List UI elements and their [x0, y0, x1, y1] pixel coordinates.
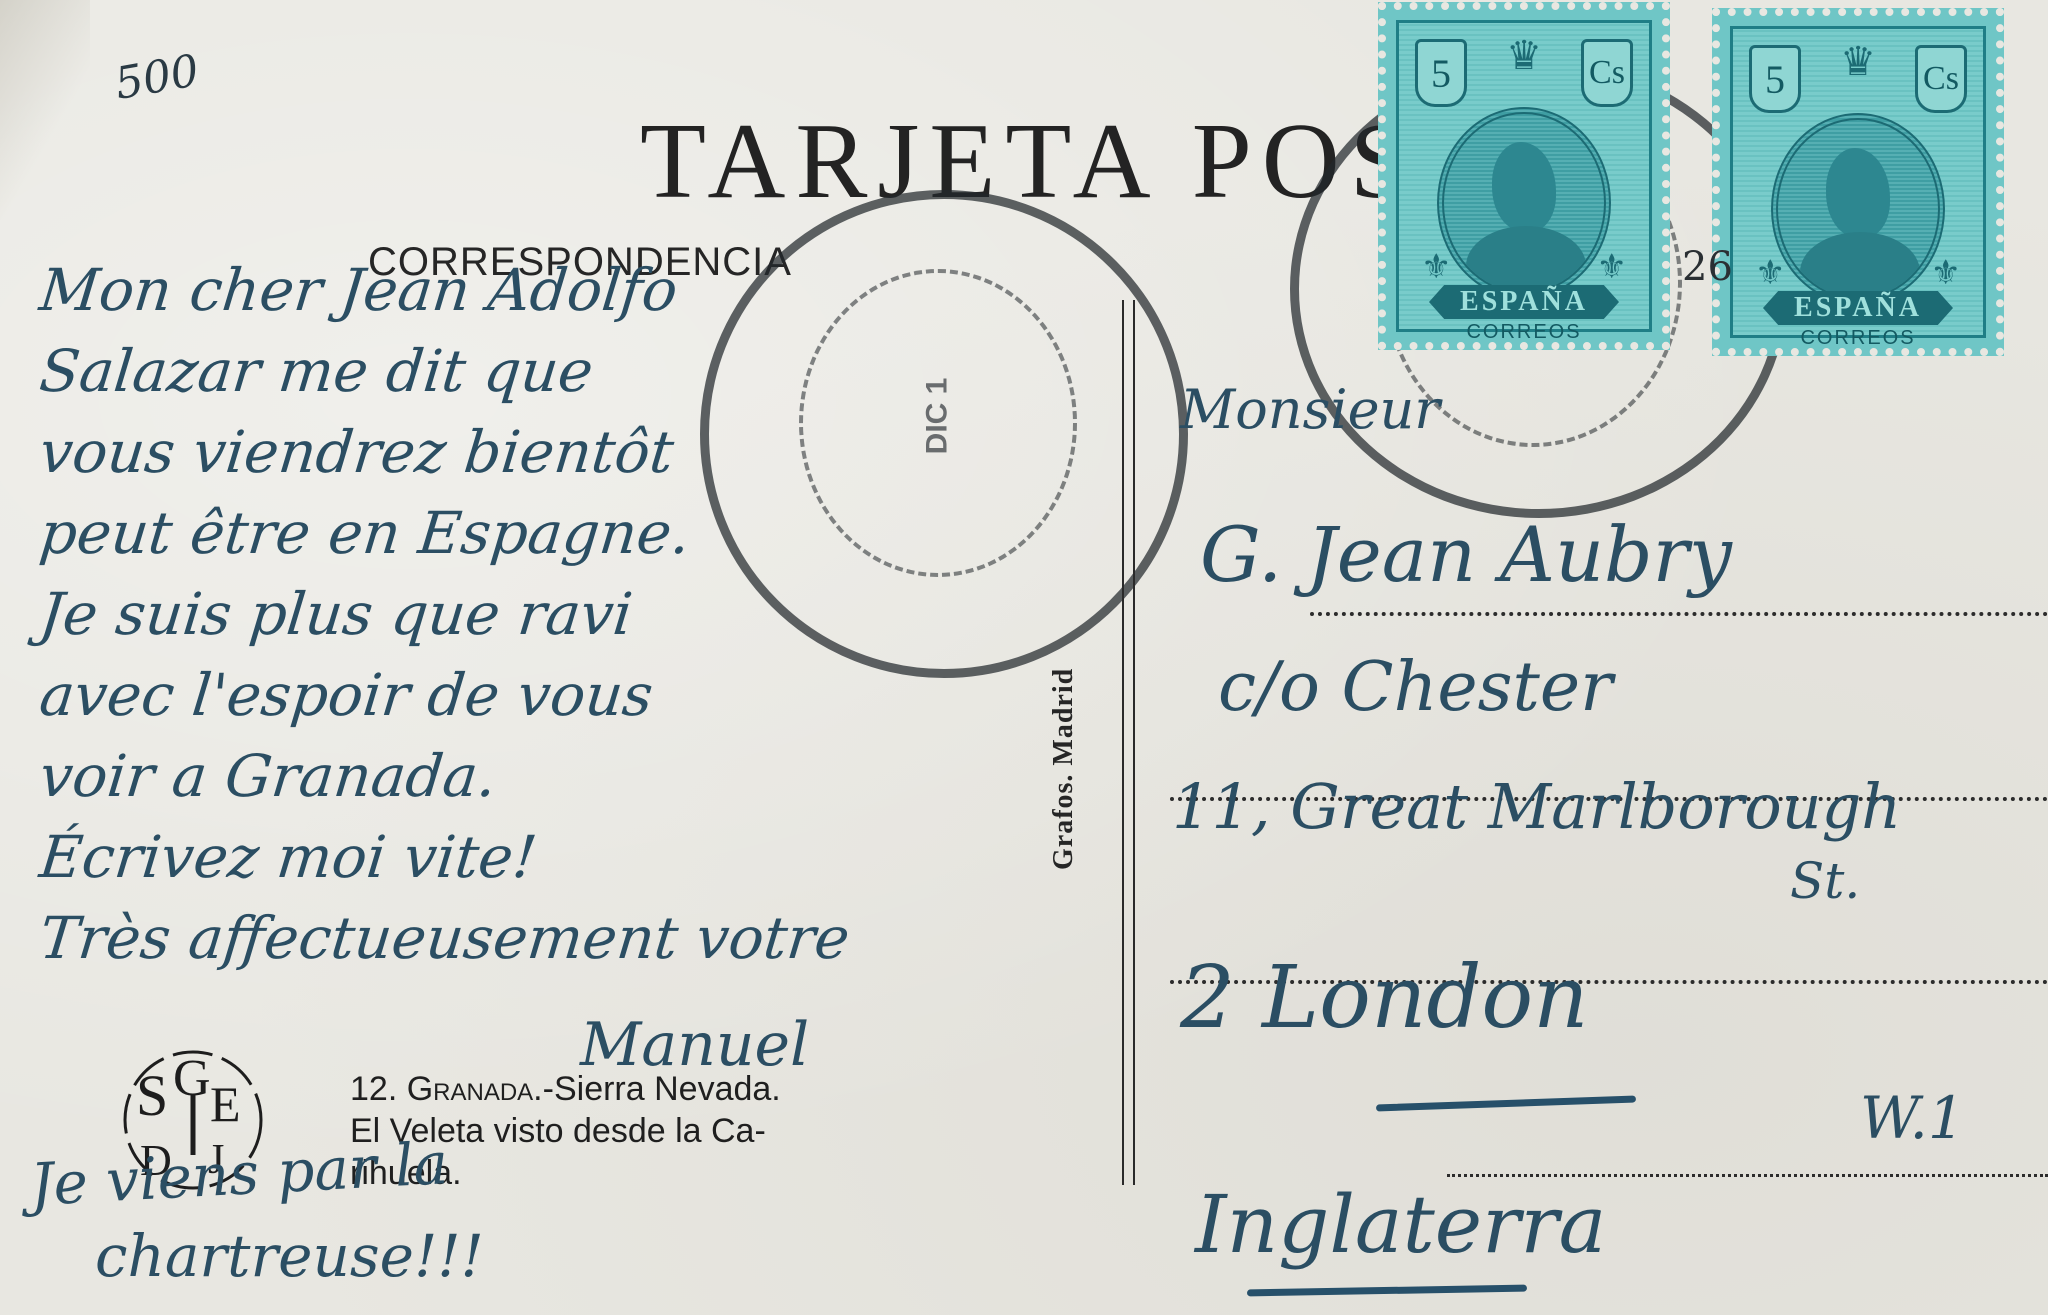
- country-underline: [1247, 1285, 1527, 1297]
- message-line: voir a Granada.: [36, 736, 854, 817]
- postage-stamp-1: 5 ♛ Cs ⚜ ⚜ ESPAÑA CORREOS: [1378, 2, 1670, 350]
- crown-icon: ♛: [1840, 39, 1876, 85]
- signature: Manuel: [580, 1010, 809, 1080]
- city-underline: [1376, 1095, 1636, 1111]
- message-line: Je suis plus que ravi: [36, 574, 854, 655]
- stamp-country: ESPAÑA: [1429, 285, 1619, 319]
- svg-text:E: E: [210, 1076, 241, 1132]
- stamp-service: CORREOS: [1399, 321, 1649, 344]
- postmark-date: DIC 1: [920, 378, 954, 455]
- address-line-care-of: c/o Chester: [1218, 648, 1613, 727]
- message-line: vous viendrez bientôt: [36, 412, 854, 493]
- message-line: peut être en Espagne.: [36, 493, 854, 574]
- caption-place: Granada.: [407, 1070, 543, 1108]
- fleur-de-lis-icon: ⚜: [1755, 253, 1785, 293]
- crown-icon: ♛: [1506, 33, 1542, 79]
- stamp-country: ESPAÑA: [1763, 291, 1953, 325]
- handwritten-message: Mon cher Jean Adolfo Salazar me dit que …: [40, 250, 849, 979]
- fleur-de-lis-icon: ⚜: [1931, 253, 1961, 293]
- svg-text:S: S: [136, 1063, 168, 1128]
- message-line: chartreuse!!!: [95, 1222, 484, 1290]
- message-line: Je viens par la: [29, 1129, 450, 1219]
- address-salutation: Monsieur: [1180, 378, 1440, 441]
- address-street: 11, Great Marlborough: [1172, 770, 1901, 843]
- address-name: G. Jean Aubry: [1200, 510, 1732, 599]
- caption-number: 12.: [350, 1070, 397, 1108]
- printer-imprint: Grafos. Madrid: [1048, 668, 1080, 870]
- postcard-title: TARJETA POS: [640, 108, 1420, 216]
- king-portrait: [1771, 113, 1945, 305]
- stamp-service: CORREOS: [1733, 327, 1983, 350]
- address-line-1: [1310, 612, 2048, 616]
- address-line-4: [1447, 1174, 2048, 1177]
- postcard-back: 500 TARJETA POS CORRESPONDENCIA DIC 1 5 …: [0, 0, 2048, 1315]
- message-line: Écrivez moi vite!: [36, 817, 854, 898]
- pencil-note: 500: [111, 45, 203, 110]
- message-line: Salazar me dit que: [36, 331, 854, 412]
- address-city: 2 London: [1180, 948, 1589, 1048]
- postage-stamp-2: 5 ♛ Cs ⚜ ⚜ ESPAÑA CORREOS: [1712, 8, 2004, 356]
- stamp-currency: Cs: [1915, 45, 1967, 113]
- center-divider: [1122, 300, 1135, 1185]
- message-line: Très affectueusement votre: [36, 898, 854, 979]
- stamp-value: 5: [1415, 39, 1467, 107]
- postmark-numeral: 26: [1682, 244, 1733, 290]
- stamp-currency: Cs: [1581, 39, 1633, 107]
- address-street-suffix: St.: [1790, 852, 1860, 910]
- paper-fold: [0, 0, 90, 220]
- stamp-value: 5: [1749, 45, 1801, 113]
- message-line: Mon cher Jean Adolfo: [36, 250, 854, 331]
- fleur-de-lis-icon: ⚜: [1421, 247, 1451, 287]
- address-country: Inglaterra: [1195, 1178, 1606, 1271]
- message-line: avec l'espoir de vous: [36, 655, 854, 736]
- king-portrait: [1437, 107, 1611, 299]
- address-postal-district: W.1: [1860, 1084, 1965, 1152]
- fleur-de-lis-icon: ⚜: [1597, 247, 1627, 287]
